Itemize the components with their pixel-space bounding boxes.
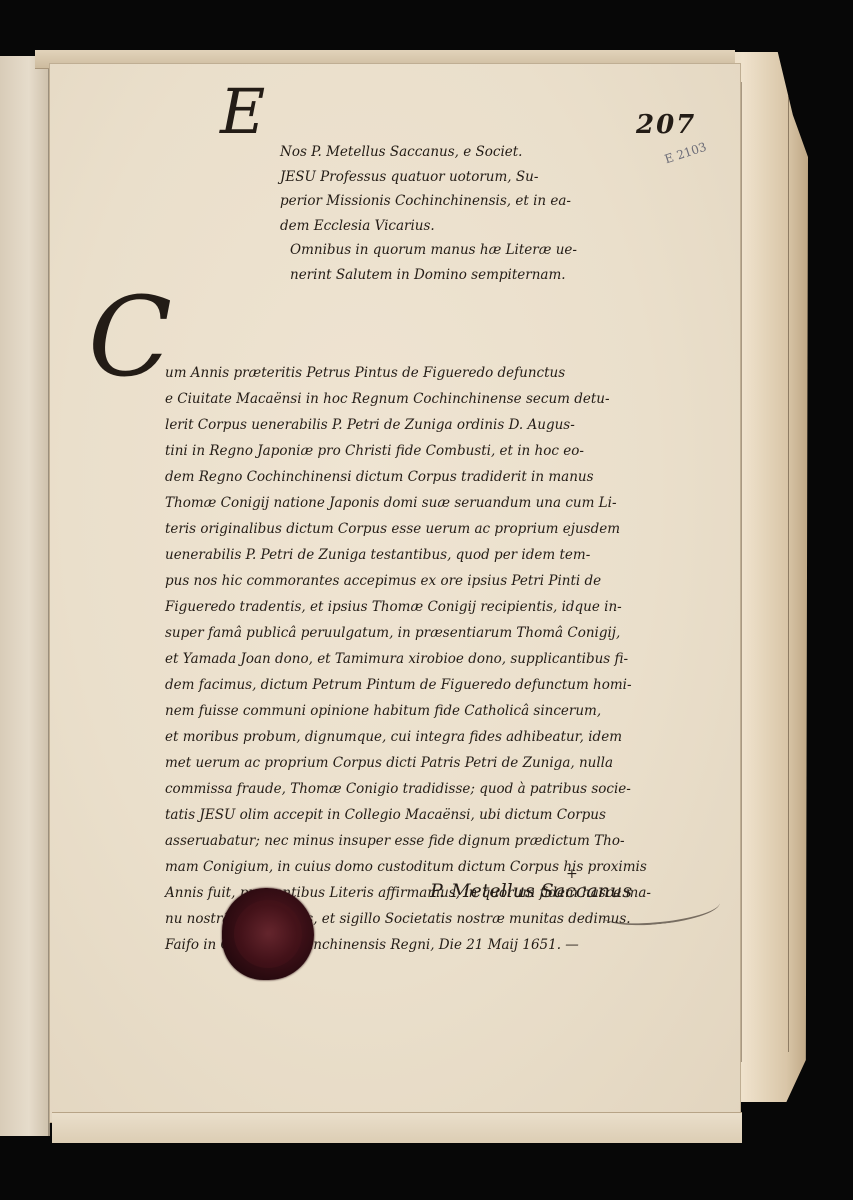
body-line: et Yamada Joan dono, et Tamimura xirobio… xyxy=(165,646,725,672)
folio-number: 207 xyxy=(636,110,696,140)
body-line: Thomæ Conigij natione Japonis domi suæ s… xyxy=(165,490,725,516)
body-line: pus nos hic commorantes accepimus ex ore… xyxy=(165,568,725,594)
greeting-line: nerint Salutem in Domino sempiternam. xyxy=(230,263,660,288)
body-line: tatis JESU olim accepit in Collegio Maca… xyxy=(165,802,725,828)
decorated-initial: C xyxy=(88,282,172,392)
greeting-line: Omnibus in quorum manus hæ Literæ ue- xyxy=(230,238,660,263)
body-line: commissa fraude, Thomæ Conigio tradidiss… xyxy=(165,776,725,802)
body-line: um Annis præteritis Petrus Pintus de Fig… xyxy=(165,360,725,386)
signature: P. Metellus Saccanus xyxy=(430,880,632,902)
body-line: asseruabatur; nec minus insuper esse fid… xyxy=(165,828,725,854)
left-page-edge xyxy=(0,56,50,1136)
body-line: Figueredo tradentis, et ipsius Thomæ Con… xyxy=(165,594,725,620)
body-line: uenerabilis P. Petri de Zuniga testantib… xyxy=(165,542,725,568)
document-heading: E Nos P. Metellus Saccanus, e Societ. JE… xyxy=(230,140,660,287)
superscript-mark: E xyxy=(220,100,265,125)
body-line: mam Conigium, in cuius domo custoditum d… xyxy=(165,854,725,880)
body-line: lerit Corpus uenerabilis P. Petri de Zun… xyxy=(165,412,725,438)
page-bottom-edge xyxy=(52,1112,742,1143)
body-line: e Ciuitate Macaënsi in hoc Regnum Cochin… xyxy=(165,386,725,412)
body-line: super famâ publicâ peruulgatum, in præse… xyxy=(165,620,725,646)
heading-line: JESU Professus quatuor uotorum, Su- xyxy=(230,165,660,190)
body-line: et moribus probum, dignumque, cui integr… xyxy=(165,724,725,750)
wax-seal xyxy=(222,888,314,980)
body-line: tini in Regno Japoniæ pro Christi fide C… xyxy=(165,438,725,464)
body-line: dem facimus, dictum Petrum Pintum de Fig… xyxy=(165,672,725,698)
body-line: nem fuisse communi opinione habitum fide… xyxy=(165,698,725,724)
heading-line: Nos P. Metellus Saccanus, e Societ. xyxy=(230,140,660,165)
body-line: teris originalibus dictum Corpus esse ue… xyxy=(165,516,725,542)
body-line: met uerum ac proprium Corpus dicti Patri… xyxy=(165,750,725,776)
heading-line: perior Missionis Cochinchinensis, et in … xyxy=(230,189,660,214)
document-body: um Annis præteritis Petrus Pintus de Fig… xyxy=(165,360,725,958)
heading-line: dem Ecclesia Vicarius. xyxy=(230,214,660,239)
body-line: dem Regno Cochinchinensi dictum Corpus t… xyxy=(165,464,725,490)
